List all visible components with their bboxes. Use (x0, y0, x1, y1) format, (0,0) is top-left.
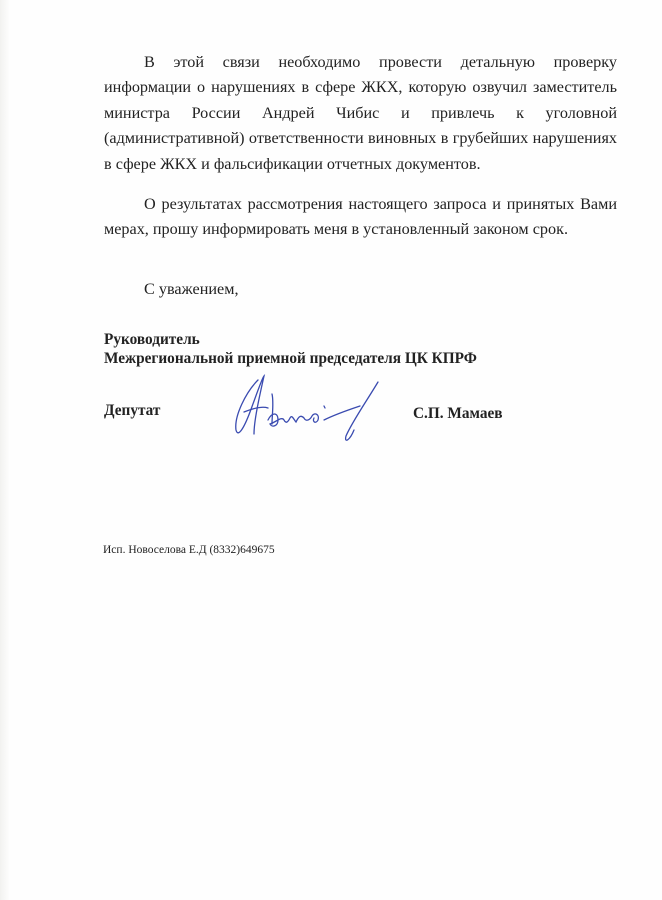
paragraph-inform-request: О результатах рассмотрения настоящего за… (104, 192, 617, 243)
closing-salutation: С уважением, (144, 280, 239, 299)
signatory-title-line2: Межрегиональной приемной председателя ЦК… (104, 350, 477, 368)
paragraph-inspection-request: В этой связи необходимо провести детальн… (104, 50, 617, 177)
handwritten-signature (228, 372, 398, 452)
signatory-title-line1: Руководитель (104, 331, 200, 349)
paragraph-text: В этой связи необходимо провести детальн… (104, 53, 617, 173)
paragraph-text: О результатах рассмотрения настоящего за… (104, 195, 617, 238)
scan-edge (0, 0, 10, 900)
signatory-position: Депутат (104, 402, 160, 420)
document-page: В этой связи необходимо провести детальн… (0, 0, 662, 900)
executor-contact: Исп. Новоселова Е.Д (8332)649675 (103, 544, 275, 556)
signatory-name: С.П. Мамаев (413, 405, 503, 423)
